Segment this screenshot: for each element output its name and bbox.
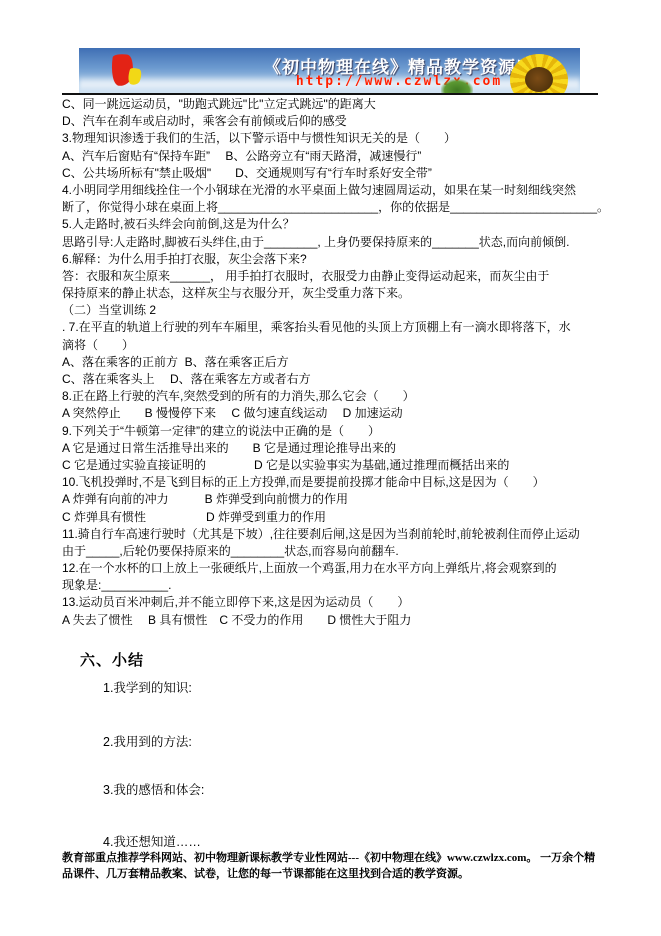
sunflower-center — [525, 67, 553, 92]
summary-item: 3.我的感悟和体会: — [103, 782, 204, 798]
worksheet-line: C、落在乘客头上 D、落在乘客左方或者右方 — [62, 371, 602, 388]
worksheet-line: 思路引导:人走路时,脚被石头绊住,由于________, 上身仍要保持原来的__… — [62, 234, 602, 251]
worksheet-line: A、汽车后窗贴有“保持车距” B、公路旁立有“雨天路滑，减速慢行” — [62, 148, 602, 165]
worksheet-line: 4.小明同学用细线拴住一个小钢球在光滑的水平桌面上做匀速圆周运动，如果在某一时刻… — [62, 182, 602, 199]
worksheet-line: 6.解释：为什么用手拍打衣服，灰尘会落下来? — [62, 251, 602, 268]
summary-item: 2.我用到的方法: — [103, 734, 192, 750]
worksheet-line: 11.骑自行车高速行驶时（尤其是下坡）,往往要刹后闸,这是因为当刹前轮时,前轮被… — [62, 526, 602, 543]
worksheet-line: 12.在一个水杯的口上放上一张硬纸片,上面放一个鸡蛋,用力在水平方向上弹纸片,将… — [62, 560, 602, 577]
plant-decoration — [441, 79, 473, 93]
worksheet-body: C、同一跳远运动员，"助跑式跳远"比"立定式跳远"的距离大D、汽车在刹车或启动时… — [62, 96, 602, 629]
footer-text: 教育部重点推荐学科网站、初中物理新课标教学专业性网站---《初中物理在线》www… — [62, 851, 599, 882]
worksheet-line: C 炸弹具有惯性 D 炸弹受到重力的作用 — [62, 509, 602, 526]
worksheet-line: . 7.在平直的轨道上行驶的列车车厢里，乘客抬头看见他的头顶上方顶棚上有一滴水即… — [62, 319, 602, 336]
worksheet-line: 由于_____,后轮仍要保持原来的________状态,而容易向前翻车. — [62, 543, 602, 560]
worksheet-line: C、公共场所标有"禁止吸烟" D、交通规则写有“行车时系好安全带” — [62, 165, 602, 182]
worksheet-line: 10.飞机投弹时,不是飞到目标的正上方投弹,而是要提前投掷才能命中目标,这是因为… — [62, 474, 602, 491]
worksheet-line: 8.正在路上行驶的汽车,突然受到的所有的力消失,那么它会（ ） — [62, 388, 602, 405]
worksheet-line: 3.物理知识渗透于我们的生活，以下警示语中与惯性知识无关的是（ ） — [62, 130, 602, 147]
banner-url: http://www.czwlzx.com — [254, 74, 544, 89]
worksheet-line: 5.人走路时,被石头绊会向前倒,这是为什么？ — [62, 216, 602, 233]
summary-item: 4.我还想知道…… — [103, 834, 201, 850]
worksheet-line: 滴将（ ） — [62, 337, 602, 354]
worksheet-line: （二）当堂训练 2 — [62, 302, 602, 319]
worksheet-line: A 它是通过日常生活推导出来的 B 它是通过理论推导出来的 — [62, 440, 602, 457]
worksheet-line: 断了，你觉得小球在桌面上将________________________，你的… — [62, 199, 602, 216]
worksheet-line: A 失去了惯性 B 具有惯性 C 不受力的作用 D 惯性大于阻力 — [62, 612, 602, 629]
worksheet-line: A 炸弹有向前的冲力 B 炸弹受到向前惯力的作用 — [62, 491, 602, 508]
summary-heading: 六、小结 — [80, 649, 144, 670]
worksheet-line: 现象是:__________. — [62, 577, 602, 594]
worksheet-line: 13.运动员百米冲刺后,并不能立即停下来,这是因为运动员（ ） — [62, 594, 602, 611]
worksheet-line: A 突然停止 B 慢慢停下来 C 做匀速直线运动 D 加速运动 — [62, 405, 602, 422]
worksheet-line: A、落在乘客的正前方 B、落在乘客正后方 — [62, 354, 602, 371]
worksheet-line: 保持原来的静止状态，这样灰尘与衣服分开，灰尘受重力落下来。 — [62, 285, 602, 302]
worksheet-line: D、汽车在刹车或启动时，乘客会有前倾或后仰的感受 — [62, 113, 602, 130]
worksheet-line: 9.下列关于“牛顿第一定律”的建立的说法中正确的是（ ） — [62, 423, 602, 440]
flame-logo-icon — [111, 54, 145, 88]
summary-item: 1.我学到的知识: — [103, 680, 192, 696]
worksheet-line: C 它是通过实验直接证明的 D 它是以实验事实为基础,通过推理而概括出来的 — [62, 457, 602, 474]
worksheet-line: 答：衣服和灰尘原来______， 用手拍打衣服时，衣服受力由静止变得运动起来，而… — [62, 268, 602, 285]
document-page: 《初中物理在线》精品教学资源库 http://www.czwlzx.com C、… — [0, 0, 661, 936]
sunflower-icon — [510, 54, 570, 93]
header-divider — [62, 93, 598, 95]
worksheet-line: C、同一跳远运动员，"助跑式跳远"比"立定式跳远"的距离大 — [62, 96, 602, 113]
site-banner: 《初中物理在线》精品教学资源库 http://www.czwlzx.com — [79, 48, 580, 93]
